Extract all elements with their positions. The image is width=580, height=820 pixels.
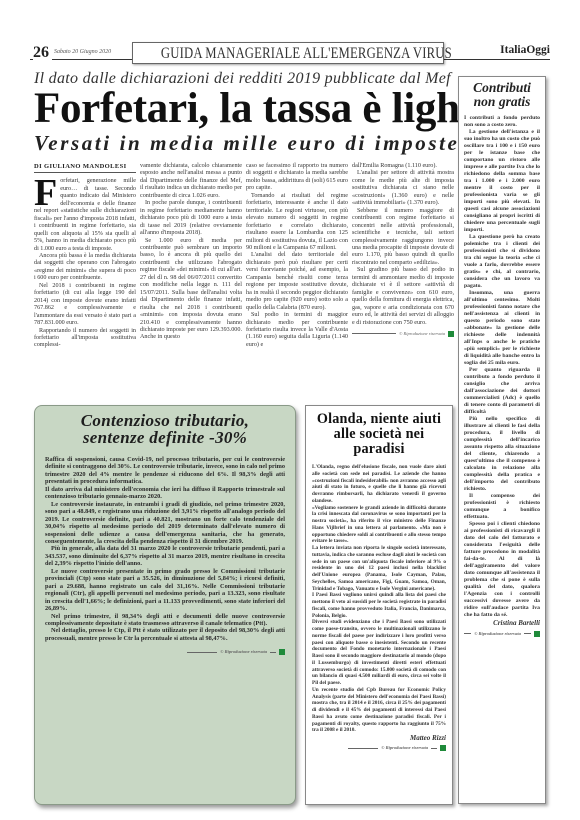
sidebar-box: Contributinon gratis I contributi a fond…	[458, 76, 546, 804]
sidebar-body: I contributi a fondo perduto non sono a …	[464, 115, 540, 637]
paragraph: Diversi studi evidenziano che i Paesi Ba…	[312, 619, 446, 687]
contenzioso-body: Raffica di sospensioni, causa Covid-19, …	[45, 456, 285, 656]
contenzioso-title: Contenzioso tributario,sentenze definite…	[45, 412, 285, 446]
author-name: Matteo Rizzi	[312, 735, 446, 742]
divider	[464, 633, 471, 634]
paragraph: Per quanto riguarda il contributo a fond…	[464, 367, 540, 416]
end-square-icon	[279, 649, 285, 655]
divider	[348, 748, 378, 749]
article-subhead: Versati in media mille euro di imposte	[34, 131, 454, 155]
paragraph: caso se facessimo il rapporto tra numero…	[246, 163, 348, 193]
section-title: GUIDA MANAGERIALE ALL'EMERGENZA VIRUS	[161, 43, 415, 64]
paragraph: Il dato arriva dal ministero dell'econom…	[45, 486, 285, 501]
paragraph: Raffica di sospensioni, causa Covid-19, …	[45, 456, 285, 486]
paragraph: Ancora più bassa è la media dichiarata d…	[34, 253, 136, 283]
divider	[524, 633, 531, 634]
paragraph: La gestione dell'istanza e il suo inoltr…	[464, 129, 540, 234]
olanda-box: Olanda, niente aiutialle società nei par…	[305, 405, 453, 805]
paragraph: I Paesi Bassi vogliono unirsi quindi all…	[312, 592, 446, 619]
paragraph: vamente dichiarata, calcolo chiaramente …	[140, 163, 242, 200]
section-banner: GUIDA MANAGERIALE ALL'EMERGENZA VIRUS	[132, 42, 444, 64]
paragraph: Più in generale, alla data del 31 marzo …	[45, 545, 285, 567]
paragraph: Sul podio in termini di maggior dichiara…	[246, 312, 348, 349]
divider	[270, 652, 276, 653]
article-column-4: dall'Emilia Romagna (1.110 euro). L'anal…	[352, 163, 454, 337]
paragraph: Spesso poi i clienti chiedono ai profess…	[464, 521, 540, 619]
paragraph: La lettera inviata non riporta le singol…	[312, 545, 446, 592]
paragraph: Forfetari, generazione mille euro… di ta…	[34, 178, 136, 253]
page-number: 26	[33, 44, 52, 62]
copyright-notice: © Riproduzione riservata	[464, 630, 540, 637]
copyright-notice: © Riproduzione riservata	[352, 330, 454, 337]
paragraph: Sebbene il numero maggiore di contribuen…	[352, 208, 454, 268]
paragraph: Le nuove controversie presentate in prim…	[45, 568, 285, 613]
paragraph: Nel 2018 i contribuenti in regime forfet…	[34, 283, 136, 328]
end-square-icon	[448, 331, 454, 337]
copyright-notice: © Riproduzione riservata	[312, 745, 446, 752]
olanda-title: Olanda, niente aiutialle società nei par…	[312, 412, 446, 457]
paragraph: Nel dettaglio, presso le Ctp, il Ptt è s…	[45, 627, 285, 642]
paragraph: Tornando ai risultati del regime forfett…	[246, 193, 348, 253]
paragraph: Insomma, una guerra all'ultimo centesimo…	[464, 290, 540, 367]
main-article-body: di Giuliano Mandolesi Forfetari, generaz…	[34, 163, 454, 398]
paragraph: Un recente studio del Cpb Bureau for Eco…	[312, 687, 446, 734]
contenzioso-box: Contenzioso tributario,sentenze definite…	[34, 405, 296, 805]
article-headline: Forfetari, la tassa è light	[34, 86, 454, 132]
paragraph: L'analisi per settore di attività mostra…	[352, 170, 454, 207]
end-square-icon	[440, 745, 446, 751]
divider	[431, 748, 437, 749]
olanda-body: L'Olanda, regno dell'elusione fiscale, n…	[312, 464, 446, 752]
end-square-icon	[534, 631, 540, 637]
paragraph: Nel primo trimestre, il 98,34% degli att…	[45, 613, 285, 628]
brand-logo: ItaliaOggi	[497, 44, 550, 56]
divider	[187, 652, 217, 653]
paragraph: Più nello specifico di illustrare ai cli…	[464, 416, 540, 493]
page-header: 26 Sabato 20 Giugno 2020 GUIDA MANAGERIA…	[30, 42, 550, 64]
copyright-notice: © Riproduzione riservata	[45, 648, 285, 655]
author-name: Cristina Bartelli	[464, 620, 540, 627]
drop-cap: F	[34, 179, 57, 207]
sidebar-title: Contributinon gratis	[464, 81, 540, 109]
newspaper-page: 26 Sabato 20 Giugno 2020 GUIDA MANAGERIA…	[0, 0, 580, 820]
paragraph: Il compenso dei professionisti è richies…	[464, 493, 540, 521]
paragraph: dall'Emilia Romagna (1.110 euro).	[352, 163, 454, 170]
paragraph: La questione però ha creato polemiche tr…	[464, 234, 540, 290]
article-column-1: di Giuliano Mandolesi Forfetari, generaz…	[34, 163, 136, 350]
article-column-3: caso se facessimo il rapporto tra numero…	[246, 163, 348, 349]
paragraph: Le controversie instaurate, in entrambi …	[45, 501, 285, 546]
paragraph: Sul gradino più basso del podio in termi…	[352, 267, 454, 327]
paragraph: L'Olanda, regno dell'elusione fiscale, n…	[312, 464, 446, 505]
paragraph: «Vogliamo sostenere le grandi aziende in…	[312, 505, 446, 546]
paragraph: L'analisi del dato territoriale del dich…	[246, 252, 348, 312]
paragraph: I contributi a fondo perduto non sono a …	[464, 115, 540, 129]
paragraph: Se 1.000 euro di media per contribuente …	[140, 238, 242, 342]
article-column-2: vamente dichiarata, calcolo chiaramente …	[140, 163, 242, 342]
paragraph: In poche parole dunque, i contribuenti i…	[140, 200, 242, 237]
paragraph: Rapportando il numero dei soggetti in fo…	[34, 328, 136, 350]
divider	[352, 333, 396, 334]
issue-date: Sabato 20 Giugno 2020	[54, 49, 114, 55]
